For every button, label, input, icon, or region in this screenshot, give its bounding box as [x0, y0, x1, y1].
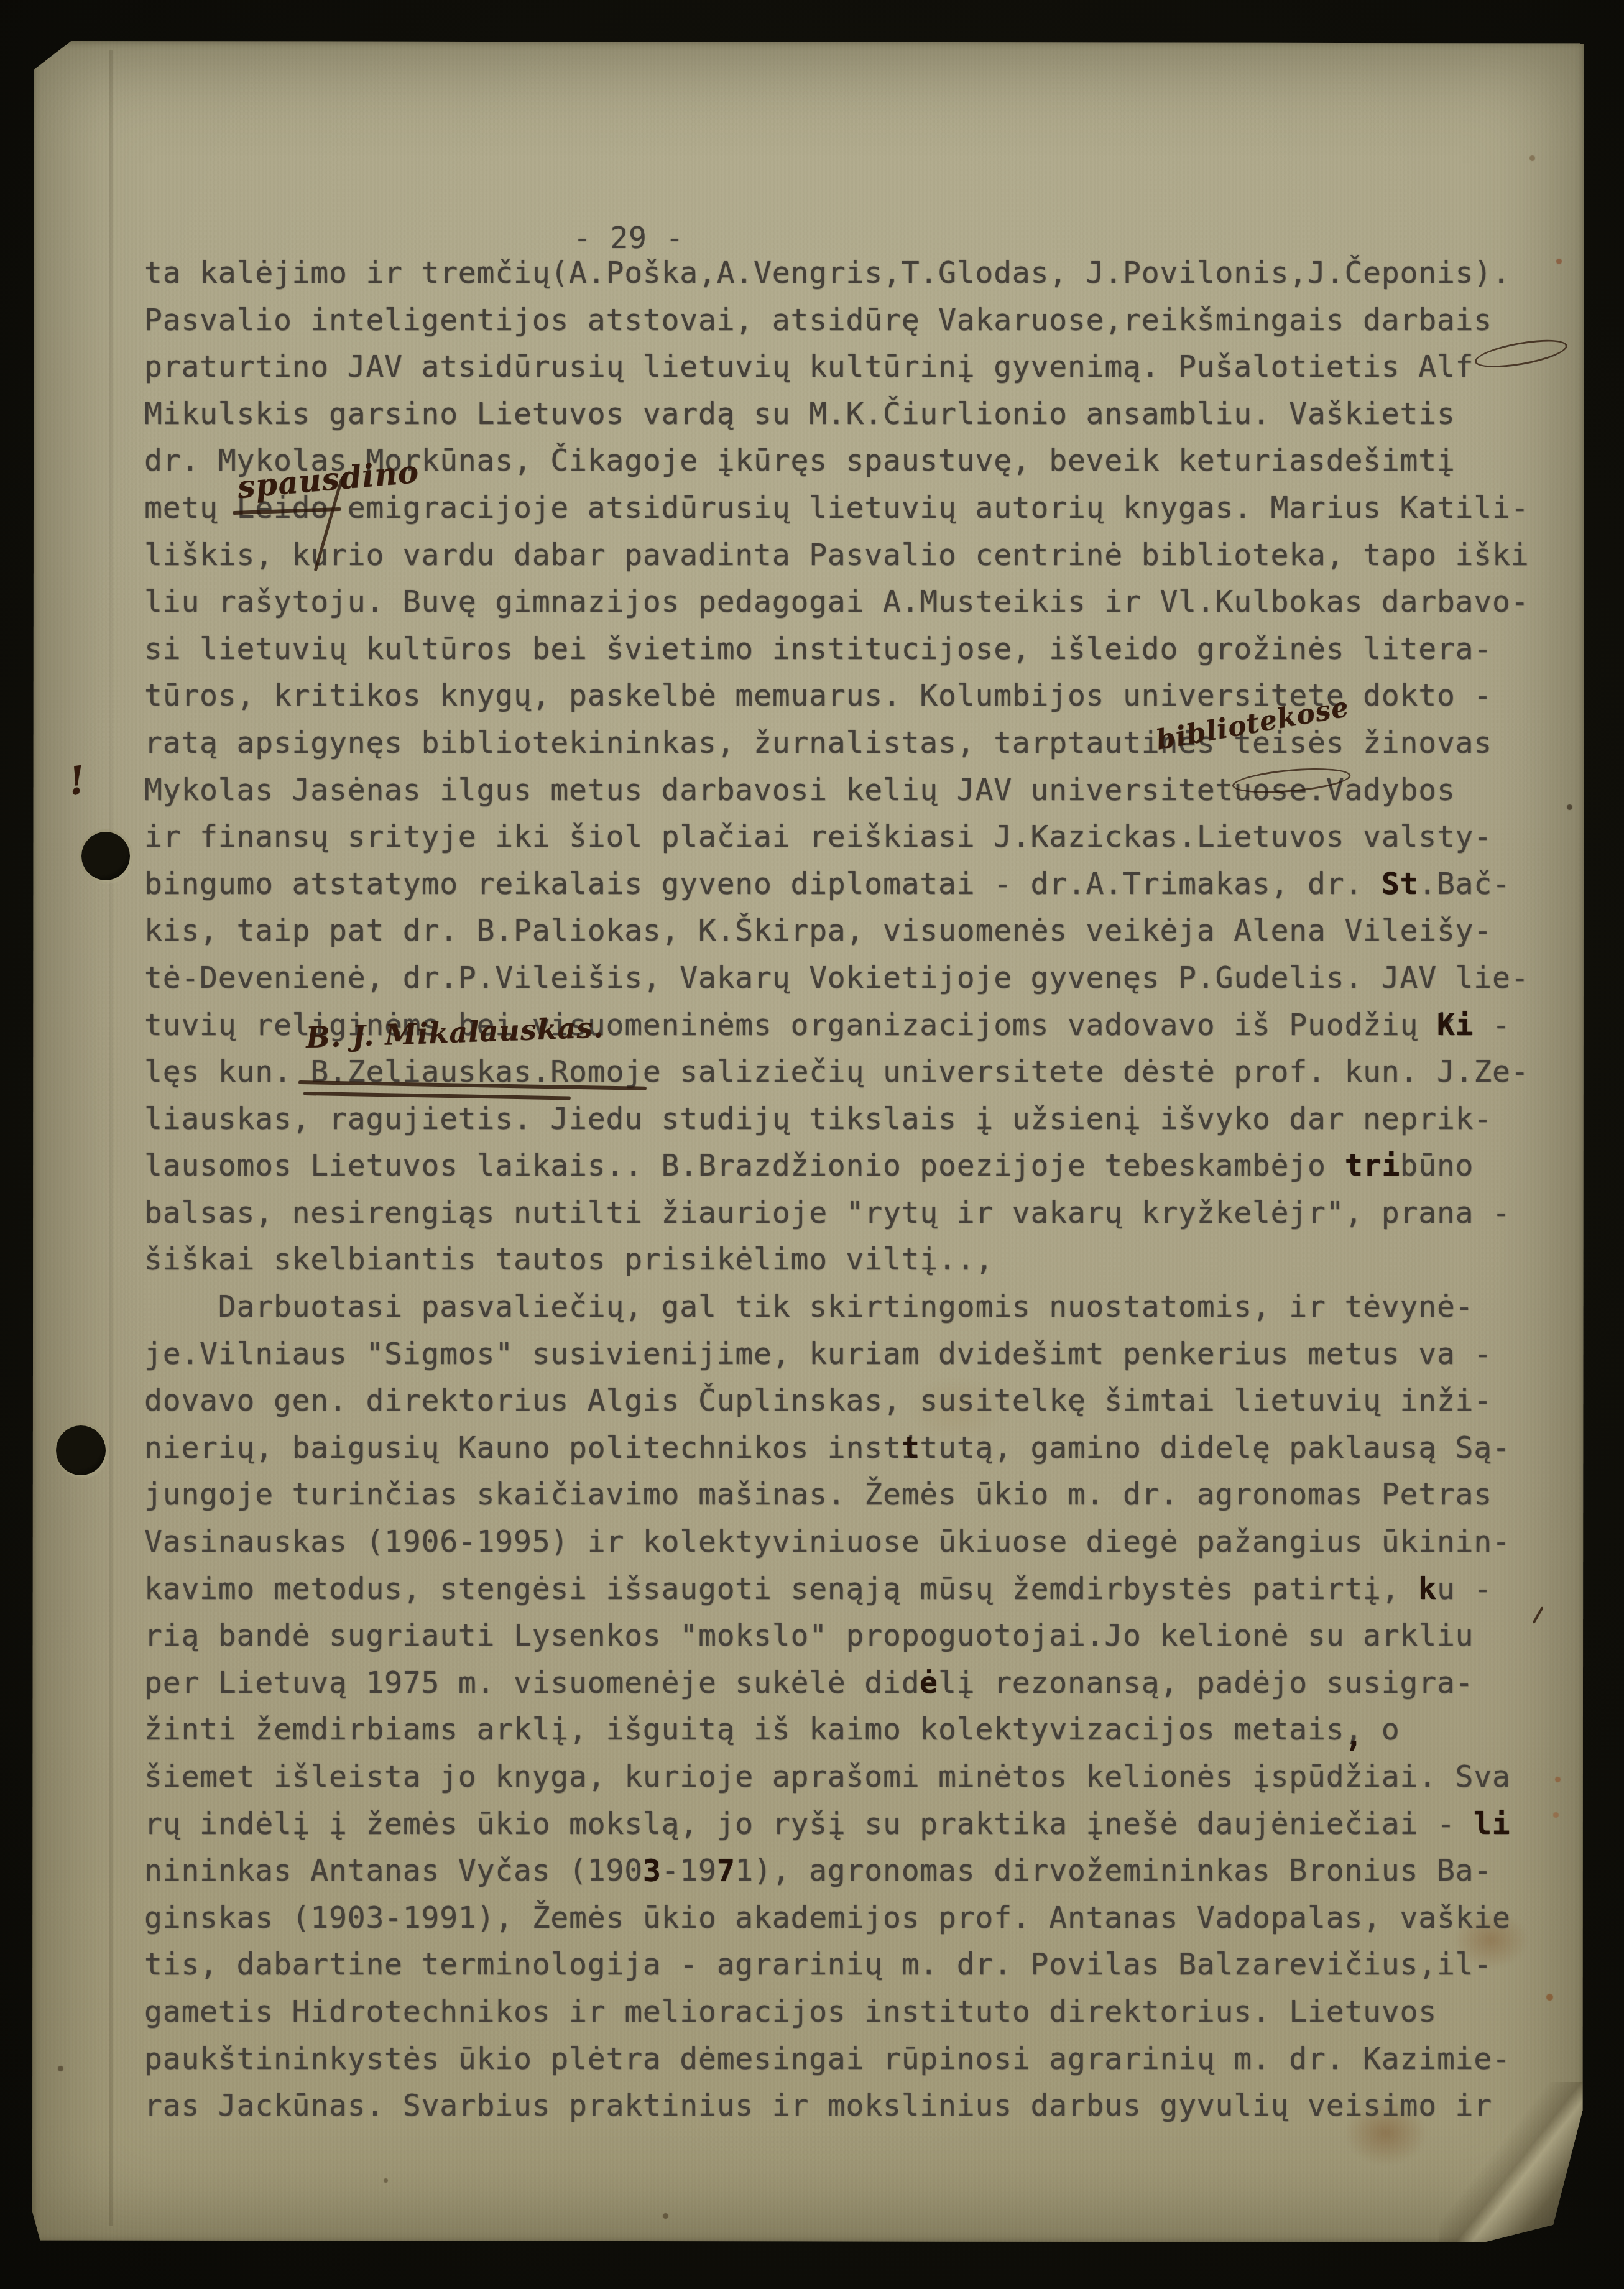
ink-comma: ,	[1345, 1713, 1363, 1761]
overtyped-st: St	[1382, 861, 1418, 908]
strikethrough-leido	[233, 507, 341, 515]
overtyped-li: li	[1474, 1801, 1510, 1848]
overtyped-ki: Ki	[1437, 1002, 1474, 1049]
handwritten-word-bibliotekose: bibliotekose	[1154, 691, 1352, 757]
punch-hole	[81, 832, 130, 880]
overtyped-t: t	[902, 1425, 920, 1472]
handwritten-name-mikalauskas: B. J. Mikalauskas.	[305, 1010, 604, 1054]
ink-scribble-uose	[1231, 764, 1351, 797]
corner-crease	[1439, 2082, 1584, 2242]
margin-exclamation-mark: !	[65, 757, 89, 804]
ink-annotations-layer: spausdinobibliotekoseB. J. Mikalauskas.!…	[32, 41, 1584, 2242]
ink-scribble-alf	[1473, 334, 1569, 373]
strikethrough-zeliauskas	[298, 1080, 647, 1090]
scan-backdrop: - 29 - ta kalėjimo ir tremčių(A.Poška,A.…	[0, 0, 1624, 2289]
punch-hole	[56, 1425, 106, 1475]
overtyped-k: k	[1418, 1566, 1437, 1613]
handwritten-word-spausdino: spausdino	[236, 453, 420, 505]
overtyped-tri: tri	[1345, 1143, 1400, 1190]
document-page: - 29 - ta kalėjimo ir tremčių(A.Poška,A.…	[32, 41, 1584, 2242]
ink-tick-arkliu	[1533, 1606, 1544, 1624]
strikethrough-zeliauskas-2	[303, 1092, 571, 1100]
overtyped-digit-7: 7	[717, 1848, 736, 1895]
overtyped-digit-3: 3	[643, 1848, 662, 1895]
paper-specks	[32, 41, 35, 44]
overtyped-e: ė	[920, 1660, 938, 1707]
